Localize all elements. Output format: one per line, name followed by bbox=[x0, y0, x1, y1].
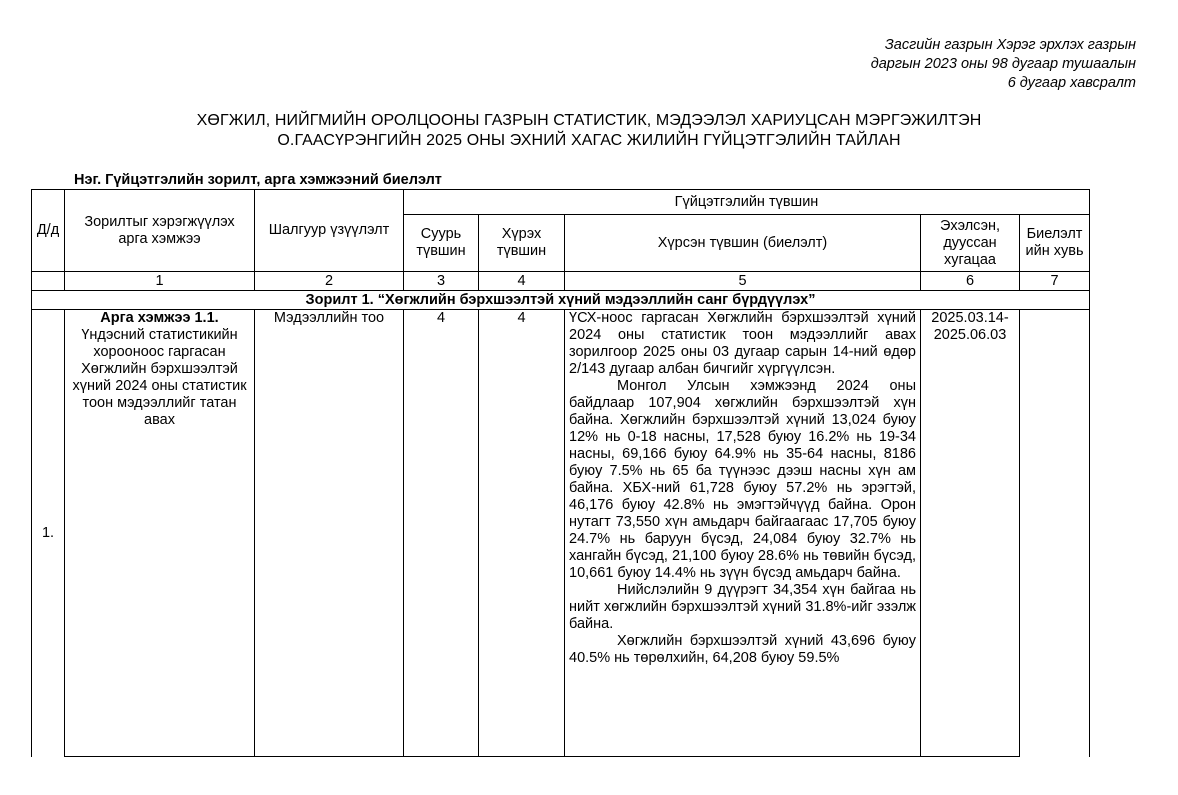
column-number: 4 bbox=[479, 272, 565, 291]
period-cell: 2025.03.14-2025.06.03 bbox=[921, 310, 1020, 757]
achieved-paragraph: Хөгжлийн бэрхшээлтэй хүний 43,696 буюу 4… bbox=[569, 633, 916, 667]
header-dd: Д/д bbox=[32, 190, 65, 272]
action-label: Арга хэмжээ 1.1. bbox=[100, 310, 218, 326]
achieved-cell: ҮСХ-ноос гаргасан Хөгжлийн бэрхшээлтэй х… bbox=[565, 310, 921, 757]
header-criterion: Шалгуур үзүүлэлт bbox=[255, 190, 404, 272]
goal-row: Зорилт 1. “Хөгжлийн бэрхшээлтэй хүний мэ… bbox=[32, 291, 1090, 310]
column-number-row: 1 2 3 4 5 6 7 bbox=[32, 272, 1090, 291]
header-target: Хүрэх түвшин bbox=[479, 215, 565, 272]
annex-reference: Засгийн газрын Хэрэг эрхлэх газрын даргы… bbox=[871, 36, 1136, 93]
performance-table: Д/д Зорилтыг хэрэгжүүлэх арга хэмжээ Шал… bbox=[31, 189, 1090, 757]
column-number: 7 bbox=[1020, 272, 1090, 291]
report-title-line-1: ХӨГЖИЛ, НИЙГМИЙН ОРОЛЦООНЫ ГАЗРЫН СТАТИС… bbox=[0, 111, 1178, 131]
action-cell: Арга хэмжээ 1.1. Үндэсний статистикийн х… bbox=[65, 310, 255, 757]
column-number: 1 bbox=[65, 272, 255, 291]
section-heading: Нэг. Гүйцэтгэлийн зорилт, арга хэмжээний… bbox=[74, 172, 442, 189]
header-period: Эхэлсэн, дууссан хугацаа bbox=[921, 215, 1020, 272]
annex-line: Засгийн газрын Хэрэг эрхлэх газрын bbox=[871, 36, 1136, 55]
action-text: Үндэсний статистикийн хорооноос гаргасан… bbox=[72, 327, 246, 428]
header-baseline: Суурь түвшин bbox=[404, 215, 479, 272]
header-percent: Биелэлт ийн хувь bbox=[1020, 215, 1090, 272]
header-performance-level: Гүйцэтгэлийн түвшин bbox=[404, 190, 1090, 215]
column-number: 5 bbox=[565, 272, 921, 291]
row-number: 1. bbox=[32, 310, 65, 757]
header-achieved: Хүрсэн түвшин (биелэлт) bbox=[565, 215, 921, 272]
header-action: Зорилтыг хэрэгжүүлэх арга хэмжээ bbox=[65, 190, 255, 272]
baseline-cell: 4 bbox=[404, 310, 479, 757]
column-number-empty bbox=[32, 272, 65, 291]
annex-line: 6 дугаар хавсралт bbox=[871, 74, 1136, 93]
header-row-group: Д/д Зорилтыг хэрэгжүүлэх арга хэмжээ Шал… bbox=[32, 190, 1090, 215]
report-title-line-2: О.ГААСҮРЭНГИЙН 2025 ОНЫ ЭХНИЙ ХАГАС ЖИЛИ… bbox=[0, 131, 1178, 151]
column-number: 6 bbox=[921, 272, 1020, 291]
report-title: ХӨГЖИЛ, НИЙГМИЙН ОРОЛЦООНЫ ГАЗРЫН СТАТИС… bbox=[0, 111, 1178, 151]
achieved-paragraph: Монгол Улсын хэмжээнд 2024 оны байдлаар … bbox=[569, 378, 916, 582]
achieved-paragraph: Нийслэлийн 9 дүүрэгт 34,354 хүн байгаа н… bbox=[569, 582, 916, 633]
column-number: 2 bbox=[255, 272, 404, 291]
column-number: 3 bbox=[404, 272, 479, 291]
percent-cell bbox=[1020, 310, 1090, 757]
table-row: 1. Арга хэмжээ 1.1. Үндэсний статистикий… bbox=[32, 310, 1090, 757]
goal-title: Зорилт 1. “Хөгжлийн бэрхшээлтэй хүний мэ… bbox=[32, 291, 1090, 310]
achieved-paragraph: ҮСХ-ноос гаргасан Хөгжлийн бэрхшээлтэй х… bbox=[569, 310, 916, 378]
target-cell: 4 bbox=[479, 310, 565, 757]
criterion-cell: Мэдээллийн тоо bbox=[255, 310, 404, 757]
annex-line: даргын 2023 оны 98 дугаар тушаалын bbox=[871, 55, 1136, 74]
